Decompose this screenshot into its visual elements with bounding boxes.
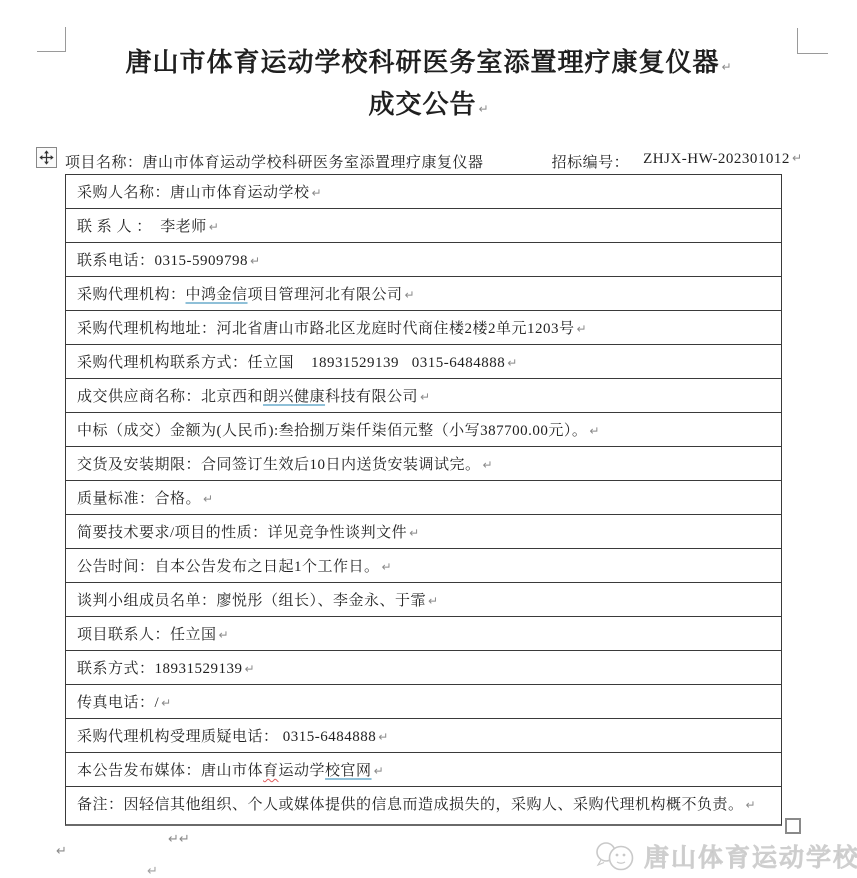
bid-number-label: 招标编号：	[552, 151, 630, 172]
paragraph-mark: ↵	[409, 526, 419, 540]
paragraph-mark: ↵	[378, 730, 388, 744]
cell-text: 公告时间：自本公告发布之日起1个工作日。	[77, 559, 380, 575]
project-name-text: 项目名称：唐山市体育运动学校科研医务室添置理疗康复仪器	[65, 151, 484, 172]
cell-text: 采购人名称：唐山市体育运动学校	[77, 185, 310, 201]
bid-number-group: 招标编号： ZHJX-HW-202301012 ↵	[552, 151, 802, 172]
title-text: 成交公告	[368, 90, 476, 119]
table-resize-handle[interactable]	[785, 818, 801, 834]
school-watermark: 唐山体育运动学校	[592, 838, 857, 874]
paragraph-mark: ↵	[483, 458, 493, 472]
table-row[interactable]: 交货及安装期限：合同签订生效后10日内送货安装调试完。↵	[66, 447, 781, 481]
paragraph-mark: ↵	[589, 424, 599, 438]
paragraph-mark: ↵	[203, 492, 213, 506]
table-row[interactable]: 备注：因轻信其他组织、个人或媒体提供的信息而造成损失的，采购人、采购代理机构概不…	[66, 787, 781, 824]
underlined-link-text: 朗兴健康	[263, 389, 325, 405]
paragraph-mark: ↵	[420, 390, 430, 404]
table-row[interactable]: 采购代理机构联系方式：任立国 18931529139 0315-6484888↵	[66, 345, 781, 379]
paragraph-mark: ↵	[209, 220, 219, 234]
underlined-link-text: 中鸿金信	[186, 287, 248, 303]
cell-text: 采购代理机构：	[77, 287, 186, 303]
table-row[interactable]: 采购人名称：唐山市体育运动学校↵	[66, 175, 781, 209]
cell-text: 采购代理机构联系方式：任立国 18931529139 0315-6484888	[77, 355, 505, 371]
cell-text: 质量标准：合格。	[77, 491, 201, 507]
document-page: 唐山市体育运动学校科研医务室添置理疗康复仪器↵ 成交公告↵ 项目名称：唐山市体育…	[0, 0, 857, 878]
paragraph-mark: ↵	[478, 102, 488, 116]
paragraph-mark: ↵	[792, 151, 802, 172]
table-body: 采购人名称：唐山市体育运动学校↵联 系 人 ： 李老师↵联系电话：0315-59…	[65, 174, 782, 826]
cell-text: 联 系 人 ： 李老师	[77, 219, 207, 235]
paragraph-mark: ↵	[250, 254, 260, 268]
table-row[interactable]: 传真电话：/↵	[66, 685, 781, 719]
table-move-handle[interactable]	[36, 147, 57, 168]
watermark-text: 唐山体育运动学校	[644, 838, 857, 874]
paragraph-mark: ↵	[382, 560, 392, 574]
paragraph-mark: ↵	[161, 696, 171, 710]
table-row[interactable]: 本公告发布媒体：唐山市体育运动学校官网↵	[66, 753, 781, 787]
cell-text: 本公告发布媒体：唐山市体	[77, 763, 263, 779]
cell-text: 传真电话：/	[77, 695, 159, 711]
paragraph-mark: ↵	[746, 798, 756, 812]
paragraph-mark: ↵	[405, 288, 415, 302]
table-row[interactable]: 联系方式：18931529139↵	[66, 651, 781, 685]
paragraph-mark: ↵	[428, 594, 438, 608]
table-row[interactable]: 中标（成交）金额为(人民币):叁拾捌万柒仟柒佰元整（小写387700.00元）。…	[66, 413, 781, 447]
cell-text: 科技有限公司	[325, 389, 418, 405]
paragraph-mark: ↵	[374, 764, 384, 778]
table-row[interactable]: 联系电话：0315-5909798↵	[66, 243, 781, 277]
title-line-2[interactable]: 成交公告↵	[0, 92, 857, 118]
table-row[interactable]: 联 系 人 ： 李老师↵	[66, 209, 781, 243]
paragraph-mark: ↵↵	[168, 832, 190, 847]
spellcheck-flagged-text: 育	[263, 763, 279, 779]
cell-text: 联系方式：18931529139	[77, 661, 243, 677]
paragraph-mark: ↵	[577, 322, 587, 336]
cell-text: 成交供应商名称：北京西和	[77, 389, 263, 405]
cell-text: 备注：因轻信其他组织、个人或媒体提供的信息而造成损失的，采购人、采购代理机构概不…	[77, 797, 744, 813]
paragraph-mark: ↵	[245, 662, 255, 676]
cell-text: 简要技术要求/项目的性质：详见竞争性谈判文件	[77, 525, 407, 541]
bid-number-value: ZHJX-HW-202301012	[643, 151, 790, 172]
table-row[interactable]: 采购代理机构：中鸿金信项目管理河北有限公司↵	[66, 277, 781, 311]
table-row[interactable]: 成交供应商名称：北京西和朗兴健康科技有限公司↵	[66, 379, 781, 413]
move-icon	[39, 150, 54, 165]
document-title[interactable]: 唐山市体育运动学校科研医务室添置理疗康复仪器↵ 成交公告↵	[0, 50, 857, 118]
cell-text: 采购代理机构地址：河北省唐山市路北区龙庭时代商住楼2楼2单元1203号	[77, 321, 575, 337]
title-text: 唐山市体育运动学校科研医务室添置理疗康复仪器	[125, 48, 719, 77]
paragraph-mark: ↵	[721, 60, 731, 74]
cell-text: 交货及安装期限：合同签订生效后10日内送货安装调试完。	[77, 457, 481, 473]
table-header-row[interactable]: 项目名称：唐山市体育运动学校科研医务室添置理疗康复仪器 招标编号： ZHJX-H…	[65, 151, 802, 172]
paragraph-mark: ↵	[507, 356, 517, 370]
cell-text: 中标（成交）金额为(人民币):叁拾捌万柒仟柒佰元整（小写387700.00元）。	[77, 423, 587, 439]
underlined-link-text: 校官网	[325, 763, 372, 779]
table-row[interactable]: 简要技术要求/项目的性质：详见竞争性谈判文件↵	[66, 515, 781, 549]
cell-text: 联系电话：0315-5909798	[77, 253, 248, 269]
cell-text: 谈判小组成员名单：廖悦彤（组长）、李金永、于霏	[77, 593, 426, 609]
table-row[interactable]: 质量标准：合格。↵	[66, 481, 781, 515]
cell-text: 采购代理机构受理质疑电话： 0315-6484888	[77, 729, 376, 745]
paragraph-mark: ↵	[219, 628, 229, 642]
margin-cropmark-top-left	[37, 27, 66, 52]
cell-text: 运动学	[279, 763, 326, 779]
table-row[interactable]: 采购代理机构受理质疑电话： 0315-6484888↵	[66, 719, 781, 753]
table-row[interactable]: 采购代理机构地址：河北省唐山市路北区龙庭时代商住楼2楼2单元1203号↵	[66, 311, 781, 345]
cell-text: 项目联系人：任立国	[77, 627, 217, 643]
title-line-1[interactable]: 唐山市体育运动学校科研医务室添置理疗康复仪器↵	[0, 50, 857, 76]
wechat-logo-icon	[592, 838, 640, 874]
table-row[interactable]: 谈判小组成员名单：廖悦彤（组长）、李金永、于霏↵	[66, 583, 781, 617]
table-row[interactable]: 项目联系人：任立国↵	[66, 617, 781, 651]
paragraph-mark: ↵	[56, 844, 67, 859]
table-row[interactable]: 公告时间：自本公告发布之日起1个工作日。↵	[66, 549, 781, 583]
paragraph-mark: ↵	[312, 186, 322, 200]
paragraph-mark: ↵	[147, 864, 156, 878]
cell-text: 项目管理河北有限公司	[248, 287, 403, 303]
